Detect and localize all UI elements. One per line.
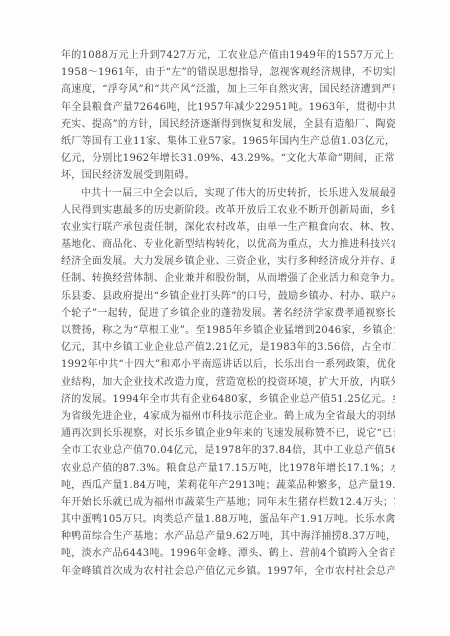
- text-line: 为省级先进企业，4家成为福州市科技示范企业。鹤上成为全省最大的羽绒生产基地。费孝: [61, 408, 395, 425]
- text-line: 年全县粮食产量72646吨，比1957年减少22951吨。1963年，贯彻中共中…: [61, 99, 395, 116]
- text-line: 基地化、商品化、专业化新型结构转化，以优高为重点，大力推进科技兴农，促进长乐农业: [61, 236, 395, 253]
- text-line: 纸厂等国有工业11家、集体工业57家。1965年国内生产总值1.03亿元，工农业…: [61, 133, 395, 150]
- text-line: 坏，国民经济发展受到阻碍。: [61, 167, 395, 184]
- text-line: 1992年中共“十四大”和邓小平南巡讲话以后，长乐出台一系列政策，优化资源配置和…: [61, 356, 395, 373]
- paragraph-2: 中共十一届三中全会以后，实现了伟大的历史转折，长乐进入发展最强劲、实力最强盛、 …: [61, 185, 395, 580]
- text-line: 年金峰镇首次成为农村社会总产值亿元乡镇。1997年，全市农村社会总产值首破百亿大…: [61, 563, 395, 580]
- text-line: 济的发展。1994年全市共有企业6480家，乡镇企业总产值51.25亿元。乡镇企…: [61, 391, 395, 408]
- paragraph-1: 年的1088万元上升到7427万元，工农业总产值由1949年的1557万元上升到…: [61, 47, 395, 185]
- text-line: 种鸭苗综合生产基地；水产品总产量9.62万吨，其中海洋捕捞8.37万吨，海水养殖…: [61, 528, 395, 545]
- text-line: 乐县委、县政府提出“乡镇企业打头阵”的口号，鼓励乡镇办、村办、联户办、个体办“四: [61, 288, 395, 305]
- text-line: 吨，淡水产品6443吨。1996年金峰、潭头、鹤上、营前4个镇跨入全省百强乡镇。…: [61, 545, 395, 562]
- text-line: 农业实行联产承包责任制，深化农村改革，由单一生产粮食向农、林、牧、副、渔等多元化…: [61, 219, 395, 236]
- text-line: 全市工农业总产值70.04亿元，是1978年的37.84倍，其中工业总产值56.…: [61, 442, 395, 459]
- text-line: 人民得到实惠最多的历史新阶段。改革开放后工农业不断开创新局面，乡镇企业异军突起。: [61, 202, 395, 219]
- text-line: 农业总产值的87.3%。粮食总产量17.15万吨，比1978年增长17.1%；水…: [61, 460, 395, 477]
- text-line: 年开始长乐就已成为福州市蔬菜生产基地；同年末生猪存栏数12.4万头；家禽289万…: [61, 494, 395, 511]
- text-line: 年的1088万元上升到7427万元，工农业总产值由1949年的1557万元上升到…: [61, 47, 395, 64]
- text-line: 个轮子”一起转，促进了乡镇企业的蓬勃发展。著名经济学家费孝通视察长乐乡镇企业时予: [61, 305, 395, 322]
- text-line: 吨，西瓜产量1.84万吨，茉莉花年产2913吨；蔬菜品种繁多，总产量19.9万吨…: [61, 477, 395, 494]
- text-line: 充实、提高”的方针，国民经济逐渐得到恢复和发展，全县有造船厂、陶瓷厂、农具厂、糖: [61, 116, 395, 133]
- text-line: 其中蛋鸭105万只。肉类总产量1.88万吨，蛋品年产1.91万吨。长乐水禽城是全…: [61, 511, 395, 528]
- text-line: 通再次到长乐视察，对长乐乡镇企业9年来的飞速发展称赞不已，说它“已长成大树了”。: [61, 425, 395, 442]
- text-line: 1958～1961年，由于“左”的错误思想指导，忽视客观经济规律，不切实际地追求…: [61, 64, 395, 81]
- document-page: 年的1088万元上升到7427万元，工农业总产值由1949年的1557万元上升到…: [0, 0, 450, 636]
- text-line: 以赞扬，称之为“草根工业”。至1985年乡镇企业猛增到2046家，乡镇企业总产值…: [61, 322, 395, 339]
- text-line: 任制、转换经营体制、企业兼并和股份制，从而增强了企业活力和竞争力。1984年中共…: [61, 270, 395, 287]
- text-line: 高速度，“浮夸风”和“共产风”泛滥，加上三年自然灾害，国民经济遭到严重破坏。19…: [61, 81, 395, 98]
- text-line: 亿元，分别比1962年增长31.09%、43.29%。“文化大革命”期间，正常的…: [61, 150, 395, 167]
- text-line: 中共十一届三中全会以后，实现了伟大的历史转折，长乐进入发展最强劲、实力最强盛、: [61, 185, 395, 202]
- text-line: 经济全面发展。大力发展乡镇企业、三资企业，实行多种经济成分并存、政企分开、厂长负: [61, 253, 395, 270]
- text-line: 业结构，加大企业技术改造力度，营造宽松的投资环境，扩大开放，内联外引，促进工业经: [61, 374, 395, 391]
- text-line: 亿元，其中乡镇工业企业总产值2.21亿元，是1983年的3.56倍，占全市工业总…: [61, 339, 395, 356]
